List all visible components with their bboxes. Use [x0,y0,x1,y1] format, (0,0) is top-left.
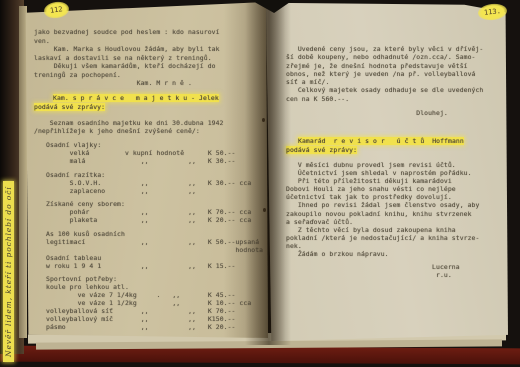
inventory-line: hodnota [46,246,263,254]
text-line: treningů za pochopení. [34,71,220,80]
section-header-majetek: Kam. s p r á v c e m a j e t k u - Jelek… [34,94,219,112]
right-page: Uvedené ceny jsou, za které byly věci v … [266,0,508,341]
inventory-line: koule pro lehkou atl. [46,283,263,291]
text-line: zakoupilo novou pokladní knihu, knihu st… [286,210,479,218]
text-line: Celkový majetek osady odhaduje se dle uv… [286,86,483,94]
inventory-line: malá ,, ,, K 30.-- [46,157,263,165]
inventory-line: Osadní vlajky: [46,141,263,149]
text-line: Z těchto věcí byla dosud zakoupena kniha [286,226,479,234]
text-line: a seřaďovač účtů. [286,218,479,226]
text-line: cen na K 560.--. [286,95,483,103]
signature-suffix: r.u. [286,271,479,279]
highlighted-text: Kamarád r e v i s o r ú č t ů Hoffmann [298,137,464,145]
binding-dot [262,118,265,122]
section-header-revisor: Kamarád r e v i s o r ú č t ů Hoffmann p… [286,137,464,155]
inventory-line: Osadní razítka: [46,171,263,179]
text-line: jako bezvadnej soudce pod heslem : kdo n… [34,28,220,37]
paragraph-revision: V měsíci dubnu provedl jsem revisi účtů.… [286,161,479,279]
text-line: V měsíci dubnu provedl jsem revisi účtů. [286,161,479,169]
inventory-line: Osadní tableau [46,254,263,262]
inventory-line: plaketa ,, ,, K 20.-- cca [46,216,263,224]
inventory-line: Sportovní potřeby: [46,275,263,283]
book-photo: jako bezvadnej soudce pod heslem : kdo n… [0,0,520,367]
highlighted-text: podává své zprávy: [286,146,357,154]
highlighted-text: Kam. s p r á v c e m a j e t k u - Jelek [53,94,219,102]
text-line: /nepřihlížeje k jeho dnešní zvýšené ceně… [34,127,223,135]
inventory-line: velká v kupní hodnotě K 50.-- [46,149,263,157]
inventory-line: w roku 1 9 4 1 ,, ,, K 15.-- [46,262,263,270]
text-line: Děkuji všem kamarádům, kteří docházejí d… [34,62,220,71]
inventory-table: Osadní vlajky: velká v kupní hodnotě K 5… [46,141,263,331]
text-line: Kam. Marka s Houdlovou žádám, aby byli t… [34,45,220,54]
signature-lucerna: Lucerna [286,263,479,271]
text-line: nek. [286,242,479,250]
text-line: laskaví a dostavili se na některý z tren… [34,54,220,63]
inventory-line: legitimací ,, ,, K 50.--upsaná [46,238,263,246]
text-line: pokladní /která je nedostačující/ a knih… [286,234,479,242]
text-line: Žádám o brzkou nápravu. [286,250,479,258]
text-line: ší době koupeny, nebo odhadnuté /ozn.cca… [286,53,483,61]
inventory-line: volleyballová síť ,, ,, K 70.-- [46,307,263,315]
inventory-line: zaplaceno ,, ,, [46,187,263,195]
inventory-line: volleyballový míč ,, ,, K150.-- [46,315,263,323]
inventory-line: ve váze 1 1/2kg ,, K 10.-- cca [46,299,263,307]
paragraph-inventory-intro: Seznam osadního majetku ke dni 30.dubna … [34,119,223,136]
left-page: jako bezvadnej soudce pod heslem : kdo n… [22,2,268,338]
text-line: ven. [34,37,220,46]
inventory-line: pásmo ,, ,, K 20.-- [46,323,263,331]
binding-dot [263,208,266,212]
text-line: Účetnictví jsem shledal v naprostém pořá… [286,169,479,177]
text-line: obnos, než který je uveden /na př. volle… [286,70,483,78]
text-line: zřejmé je, že dnešní hodnota představuje… [286,62,483,70]
paragraph-valuation: Uvedené ceny jsou, za které byly věci v … [286,45,483,117]
signature-mrne: Kam. M r n ě . [34,79,220,88]
inventory-line: pohár ,, ,, K 70.-- cca [46,208,263,216]
inventory-line: S.O.V.H. ,, ,, K 30.-- cca [46,179,263,187]
signature-dlouhej: Dlouhej. [286,109,483,117]
margin-annotation-text: Nevěř lidem, kteří ti pochlebí do očí [3,181,14,362]
text-line: Ihned po revisi žádal jsem členstvo osad… [286,201,479,209]
inventory-line: ve váze 7 1/4kg . ,, K 45.-- [46,291,263,299]
inventory-line: Získané ceny sborem: [46,200,263,208]
paragraph-training-note: jako bezvadnej soudce pod heslem : kdo n… [34,28,220,88]
inventory-line: As 100 kusů osadních [46,230,263,238]
highlighted-text: podává své zprávy: [34,103,105,111]
margin-annotation: Nevěř lidem, kteří ti pochlebí do očí [4,181,13,362]
page-stack-edge-left [19,6,27,338]
